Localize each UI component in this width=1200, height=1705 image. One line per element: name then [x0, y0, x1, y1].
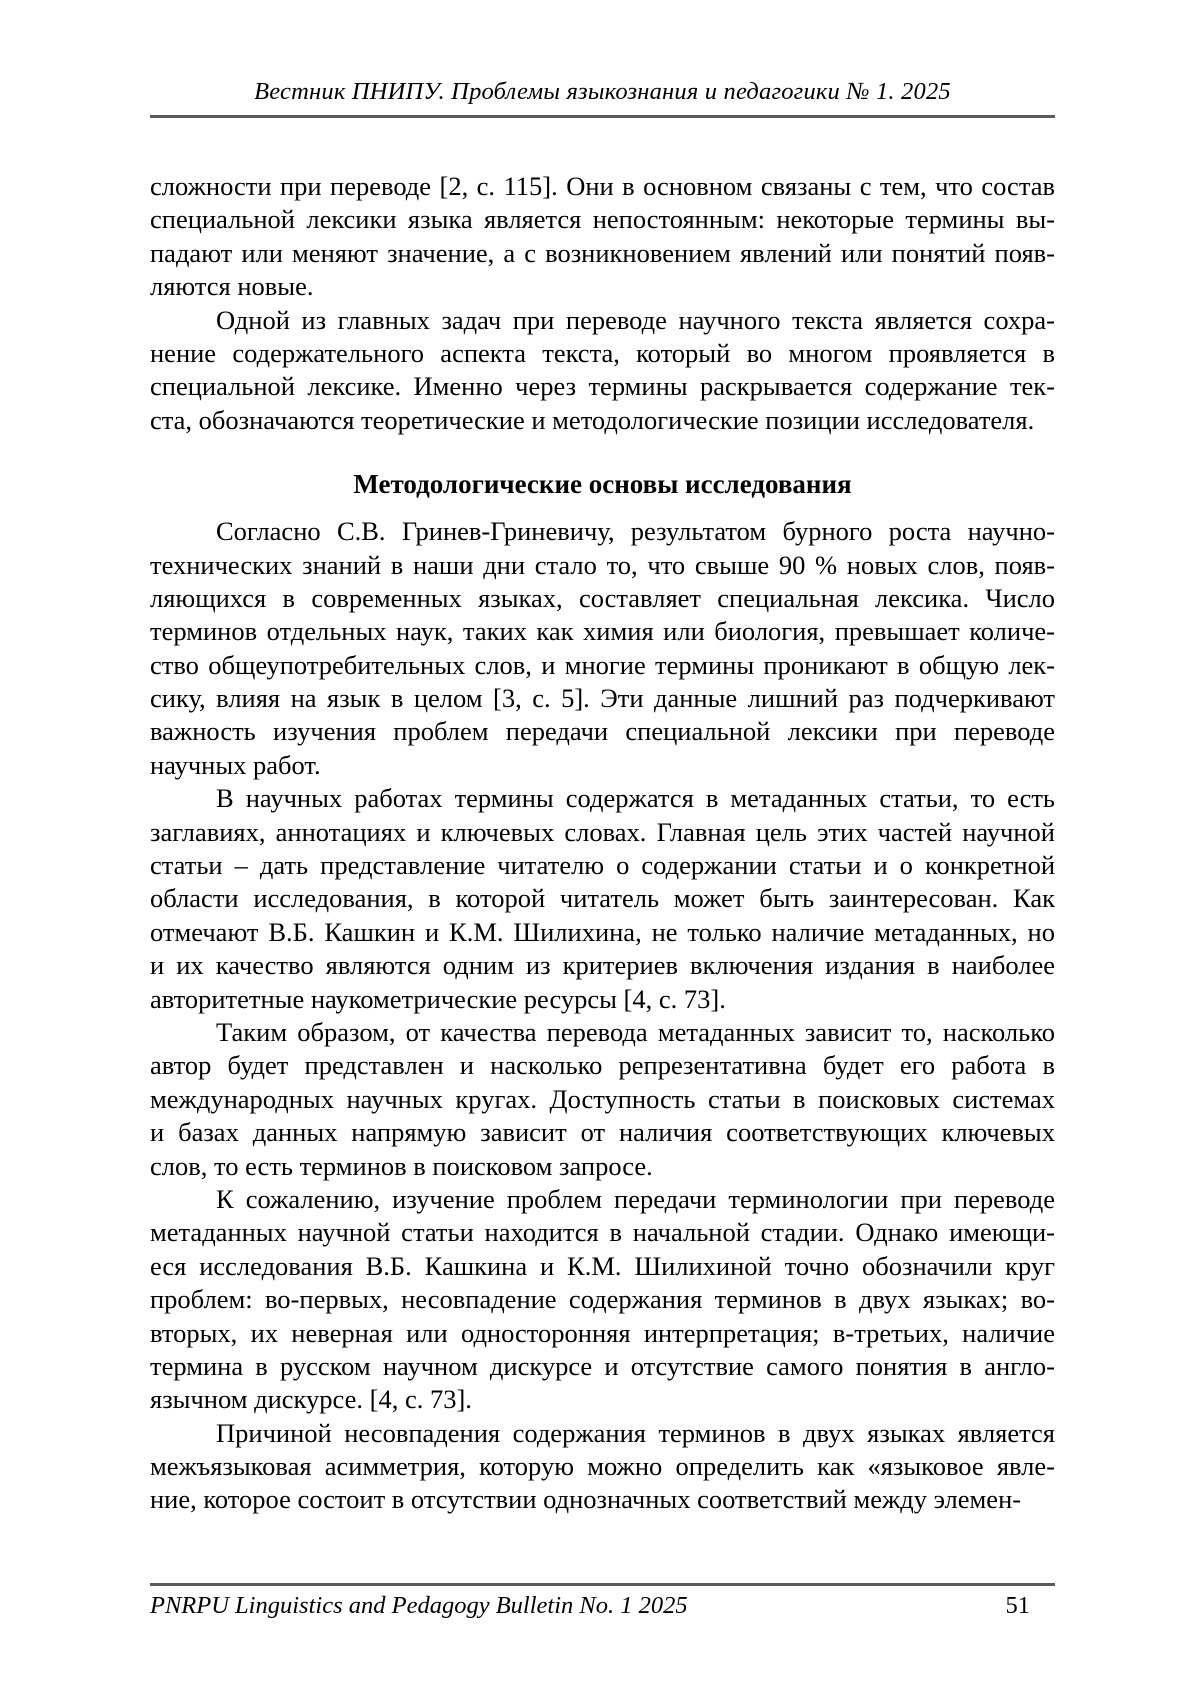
- text-line: сложности при переводе [2, с. 115]. Они …: [150, 170, 1055, 203]
- paragraph: Причиной несовпадения содержания термино…: [150, 1417, 1055, 1517]
- paragraph: К сожалению, изучение проблем передачи т…: [150, 1183, 1055, 1417]
- text-line: слов, то есть терминов в поисковом запро…: [150, 1150, 1055, 1183]
- text-line: специальной лексики языка является непос…: [150, 203, 1055, 236]
- text-line: заглавиях, аннотациях и ключевых словах.…: [150, 816, 1055, 849]
- paragraph: В научных работах термины содержатся в м…: [150, 782, 1055, 1016]
- text-line: отмечают В.Б. Кашкин и К.М. Шилихина, не…: [150, 916, 1055, 949]
- text-line: технических знаний в наши дни стало то, …: [150, 549, 1055, 582]
- text-line: ляющихся в современных языках, составляе…: [150, 582, 1055, 615]
- text-line: и базах данных напрямую зависит от налич…: [150, 1116, 1055, 1149]
- text-line: проблем: во-первых, несовпадение содержа…: [150, 1283, 1055, 1316]
- footer-page-number: 51: [1006, 1592, 1056, 1620]
- text-line: статьи – дать представление читателю о с…: [150, 849, 1055, 882]
- section-heading: Методологические основы исследования: [150, 467, 1055, 501]
- text-line: сику, влияя на язык в целом [3, с. 5]. Э…: [150, 682, 1055, 715]
- text-line: области исследования, в которой читатель…: [150, 882, 1055, 915]
- text-line: ста, обозначаются теоретические и методо…: [150, 404, 1055, 437]
- running-header: Вестник ПНИПУ. Проблемы языкознания и пе…: [150, 78, 1055, 118]
- text-line: В научных работах термины содержатся в м…: [150, 782, 1055, 815]
- text-line: межъязыковая асимметрия, которую можно о…: [150, 1450, 1055, 1483]
- text-line: авторитетные наукометрические ресурсы [4…: [150, 983, 1055, 1016]
- body-blocks: сложности при переводе [2, с. 115]. Они …: [150, 170, 1055, 1517]
- text-line: и их качество являются одним из критерие…: [150, 949, 1055, 982]
- text-line: Причиной несовпадения содержания термино…: [150, 1417, 1055, 1450]
- text-line: терминов отдельных наук, таких как химия…: [150, 615, 1055, 648]
- text-line: падают или меняют значение, а с возникно…: [150, 237, 1055, 270]
- text-line: еся исследования В.Б. Кашкина и К.М. Шил…: [150, 1250, 1055, 1283]
- text-line: К сожалению, изучение проблем передачи т…: [150, 1183, 1055, 1216]
- text-line: автор будет представлен и насколько репр…: [150, 1049, 1055, 1082]
- paragraph: сложности при переводе [2, с. 115]. Они …: [150, 170, 1055, 304]
- running-footer: PNRPU Linguistics and Pedagogy Bulletin …: [150, 1583, 1055, 1620]
- text-line: Согласно С.В. Гринев-Гриневичу, результа…: [150, 515, 1055, 548]
- text-line: нение содержательного аспекта текста, ко…: [150, 337, 1055, 370]
- footer-journal-title: PNRPU Linguistics and Pedagogy Bulletin …: [150, 1592, 688, 1620]
- text-line: Таким образом, от качества перевода мета…: [150, 1016, 1055, 1049]
- paragraph: Одной из главных задач при переводе науч…: [150, 304, 1055, 438]
- text-line: ляются новые.: [150, 270, 1055, 303]
- text-line: термина в русском научном дискурсе и отс…: [150, 1350, 1055, 1383]
- text-line: важность изучения проблем передачи специ…: [150, 715, 1055, 748]
- paragraph: Согласно С.В. Гринев-Гриневичу, результа…: [150, 515, 1055, 782]
- paragraph: Таким образом, от качества перевода мета…: [150, 1016, 1055, 1183]
- journal-page: Вестник ПНИПУ. Проблемы языкознания и пе…: [0, 0, 1200, 1705]
- text-line: вторых, их неверная или односторонняя ин…: [150, 1317, 1055, 1350]
- text-line: ство общеупотребительных слов, и многие …: [150, 649, 1055, 682]
- text-line: ние, которое состоит в отсутствии однозн…: [150, 1483, 1055, 1516]
- text-line: научных работ.: [150, 749, 1055, 782]
- text-line: Одной из главных задач при переводе науч…: [150, 304, 1055, 337]
- text-line: международных научных кругах. Доступност…: [150, 1083, 1055, 1116]
- text-line: специальной лексике. Именно через термин…: [150, 370, 1055, 403]
- text-line: язычном дискурсе. [4, с. 73].: [150, 1383, 1055, 1416]
- text-line: метаданных научной статьи находится в на…: [150, 1216, 1055, 1249]
